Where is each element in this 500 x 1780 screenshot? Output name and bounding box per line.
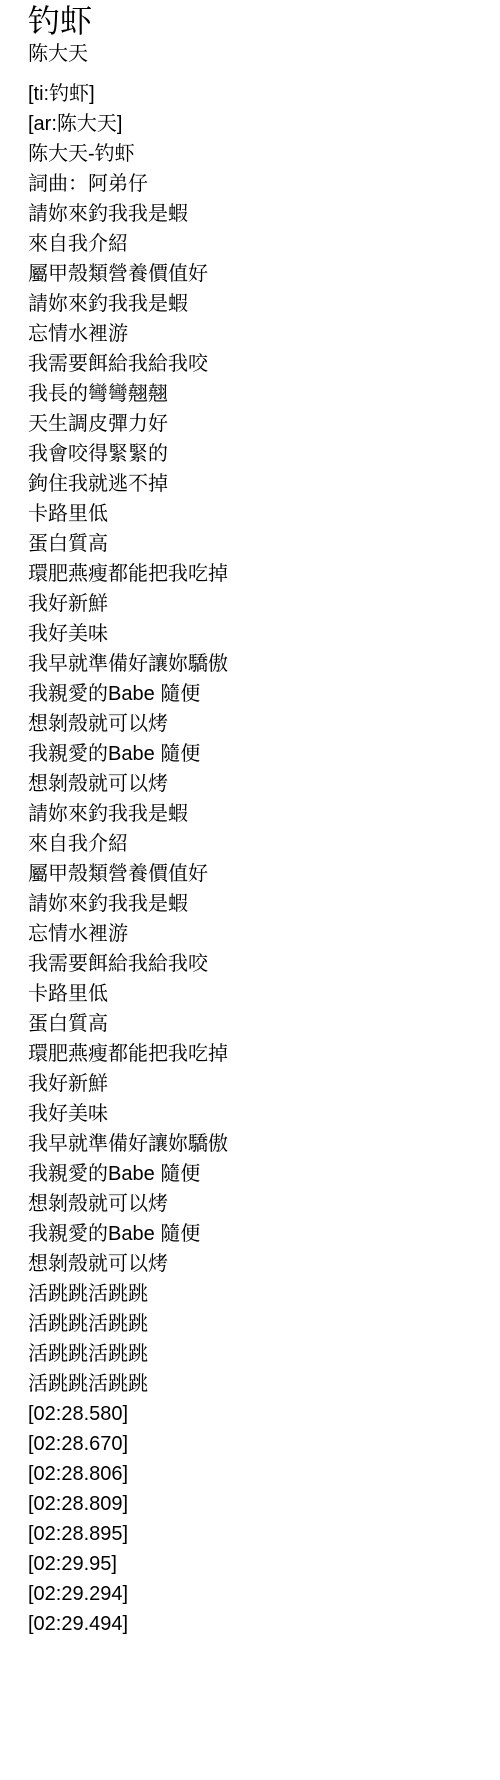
lyric-line: [ti:钓虾] — [28, 79, 488, 109]
lyric-line: 環肥燕瘦都能把我吃掉 — [28, 559, 488, 589]
lyric-line: 請妳來釣我我是蝦 — [28, 889, 488, 919]
lyric-line: [02:28.806] — [28, 1459, 488, 1489]
lyric-line: 忘情水裡游 — [28, 919, 488, 949]
lyric-line: 我需要餌給我給我咬 — [28, 349, 488, 379]
lyric-line: 我親愛的Babe 隨便 — [28, 739, 488, 769]
lyric-line: [02:29.294] — [28, 1579, 488, 1609]
lyric-line: 卡路里低 — [28, 499, 488, 529]
lyric-line: [02:28.809] — [28, 1489, 488, 1519]
lyric-line: 請妳來釣我我是蝦 — [28, 289, 488, 319]
lyric-line: 活跳跳活跳跳 — [28, 1309, 488, 1339]
lyric-line: 屬甲殼類營養價值好 — [28, 859, 488, 889]
lyric-line: 忘情水裡游 — [28, 319, 488, 349]
lyric-line: 我親愛的Babe 隨便 — [28, 1219, 488, 1249]
lyric-line: [02:28.895] — [28, 1519, 488, 1549]
lyric-line: [ar:陈大天] — [28, 109, 488, 139]
lyric-line: 來自我介紹 — [28, 829, 488, 859]
lyric-line: 我早就準備好讓妳驕傲 — [28, 1129, 488, 1159]
lyric-line: 想剝殼就可以烤 — [28, 709, 488, 739]
lyric-line: 我長的彎彎翹翹 — [28, 379, 488, 409]
lyric-line: 鉤住我就逃不掉 — [28, 469, 488, 499]
lyric-line: 活跳跳活跳跳 — [28, 1339, 488, 1369]
lyric-line: 活跳跳活跳跳 — [28, 1369, 488, 1399]
lyric-line: [02:29.95] — [28, 1549, 488, 1579]
lyric-line: 活跳跳活跳跳 — [28, 1279, 488, 1309]
lyric-line: 我親愛的Babe 隨便 — [28, 679, 488, 709]
lyric-line: 請妳來釣我我是蝦 — [28, 799, 488, 829]
lyric-line: 我好新鮮 — [28, 1069, 488, 1099]
lyric-line: 我好美味 — [28, 619, 488, 649]
lyric-line: 我好新鮮 — [28, 589, 488, 619]
lyric-line: [02:28.670] — [28, 1429, 488, 1459]
lyric-line: 我早就準備好讓妳驕傲 — [28, 649, 488, 679]
lyrics-container: [ti:钓虾][ar:陈大天]陈大天-钓虾詞曲：阿弟仔請妳來釣我我是蝦來自我介紹… — [28, 79, 488, 1639]
lyric-line: [02:29.494] — [28, 1609, 488, 1639]
lyric-line: 來自我介紹 — [28, 229, 488, 259]
lyric-line: 我會咬得緊緊的 — [28, 439, 488, 469]
lyric-line: 詞曲：阿弟仔 — [28, 169, 488, 199]
lyrics-page: 钓虾 陈大天 [ti:钓虾][ar:陈大天]陈大天-钓虾詞曲：阿弟仔請妳來釣我我… — [0, 0, 500, 1780]
lyric-line: 想剝殼就可以烤 — [28, 1249, 488, 1279]
lyric-line: 我好美味 — [28, 1099, 488, 1129]
lyric-line: 蛋白質高 — [28, 1009, 488, 1039]
artist-name: 陈大天 — [28, 40, 488, 68]
lyric-line: 卡路里低 — [28, 979, 488, 1009]
lyric-line: 天生調皮彈力好 — [28, 409, 488, 439]
lyric-line: 蛋白質高 — [28, 529, 488, 559]
lyric-line: 屬甲殼類營養價值好 — [28, 259, 488, 289]
lyric-line: 請妳來釣我我是蝦 — [28, 199, 488, 229]
lyric-line: 我需要餌給我給我咬 — [28, 949, 488, 979]
lyric-line: 環肥燕瘦都能把我吃掉 — [28, 1039, 488, 1069]
lyric-line: 想剝殼就可以烤 — [28, 769, 488, 799]
lyric-line: 陈大天-钓虾 — [28, 139, 488, 169]
lyric-line: 想剝殼就可以烤 — [28, 1189, 488, 1219]
lyric-line: 我親愛的Babe 隨便 — [28, 1159, 488, 1189]
song-title: 钓虾 — [28, 2, 488, 40]
lyric-line: [02:28.580] — [28, 1399, 488, 1429]
